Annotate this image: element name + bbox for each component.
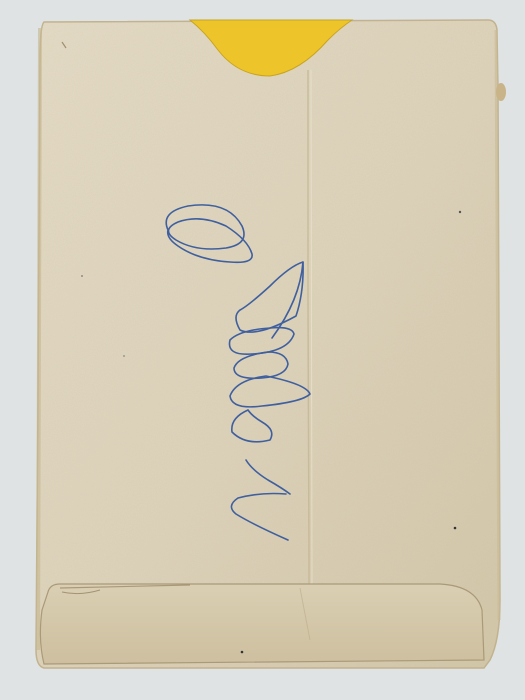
bottom-flap	[40, 584, 484, 664]
card-box-photo	[0, 0, 525, 700]
card-box	[36, 20, 506, 668]
photo-scene: Wells Photograph of an aged, yellowed pa…	[0, 0, 525, 700]
